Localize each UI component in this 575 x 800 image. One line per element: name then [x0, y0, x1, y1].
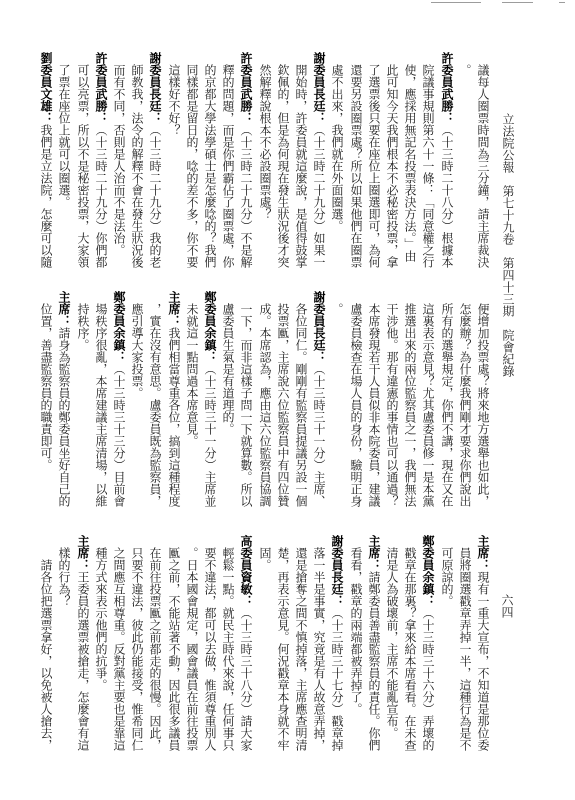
speech-text: 場秩序很亂，本席建議主席清場，以維 [94, 303, 108, 507]
speaker-name: 鄭委員余鎮： [421, 535, 435, 607]
speech-text: 了票在座位上就可以圈選。 [57, 64, 71, 208]
speech-text: 便增加投票處？將來地方選舉也如此， [476, 303, 490, 507]
text-column: 本席發現若干人員似非本院委員，建議 [368, 303, 380, 507]
text-column: 持秩序。 [77, 303, 89, 351]
speech-text: 應引導大家投票。 [130, 303, 144, 399]
text-tier-3: 主席：現有一重大宣布，不知道是那位委 員將圈選戳章弄掉一半，這種行為是不 可原諒… [0, 535, 575, 767]
speech-text: 了選票後只要在座位上圈選即可，為何 [367, 64, 381, 268]
speech-text: 可以亮票，所以不是秘密投票，大家領 [76, 64, 90, 268]
speech-text: 使，應採用無記名投票表決方法。」由 [403, 64, 417, 262]
speech-text: 這樣好不好？ [167, 64, 181, 136]
speech-text: 所有的選舉規定，你們不講，現在又在 [440, 303, 454, 507]
text-column: 便增加投票處？將來地方選舉也如此， [477, 303, 489, 507]
text-column: 謝委員長廷：（十三時三十一分）主席、 [313, 291, 325, 507]
text-column: 落一半是事實，究竟是有人故意弄掉， [313, 547, 325, 751]
text-column: 一下，而非這樣子問一下就算數。所以 [240, 303, 252, 507]
text-tier-1: 議每人圈票時間為三分鐘，請主席裁決 。 許委員武勝：（十三時二十八分）根據本 院… [0, 52, 575, 284]
speech-text: 釋的問題，而是你們霸佔了圈票處，你 [221, 64, 235, 268]
text-column: 謝委員長廷：（十三時三十七分）戳章掉 [331, 535, 343, 751]
text-column: 主席：王委員的選票被搶走，怎麼會有這 [77, 535, 89, 751]
speech-text: （十三時三十八分）請大家 [239, 607, 253, 751]
text-column: 投票匭，主席說六位監察員中有四位贊 [277, 303, 289, 507]
speech-text: 師教我，法令的解釋不會在發生狀況後 [130, 64, 144, 268]
text-column: 固。 [259, 547, 271, 571]
speech-text: 成。本席認為，應由這六位監察員協調 [258, 303, 272, 507]
gazette-page: 立法院公報 第七十九卷 第四十三期 院會紀錄 六四 議每人圈票時間為三分鐘，請主… [0, 0, 575, 800]
speech-text: 干涉他。那有違憲的事情也可以通過？ [385, 303, 399, 507]
speech-text: 在前往投票匭之前都走的很慢。因此， [148, 547, 162, 751]
text-column: 然解釋說根本不必設圈票處？ [259, 64, 271, 220]
text-column: 推選出來的兩位監察員之一，我們無法 [404, 303, 416, 507]
text-column: 鄭委員余鎮：（十三時三十三分）目前會 [113, 291, 125, 507]
text-column: 戳章在那裏？拿來給本席看看。在未查 [404, 547, 416, 751]
speaker-name: 主席： [57, 291, 71, 327]
text-column: 釋的問題，而是你們霸佔了圈票處，你 [222, 64, 234, 268]
speech-text: （十三時二十八分）根據本 [440, 124, 454, 268]
text-column: 謝委員長廷：（十三時二十九分）如果一 [313, 52, 325, 268]
speech-text: 我們是立法院，怎麼可以隨 [39, 124, 53, 268]
speech-text: 推選出來的兩位監察員之一，我們無法 [403, 303, 417, 507]
speech-text: 王委員的選票被搶走，怎麼會有這 [76, 571, 90, 751]
speech-text: 輕鬆一點。就民主時代來說，任何事只 [221, 547, 235, 751]
text-column: 劉委員文雄：我們是立法院，怎麼可以隨 [40, 52, 52, 268]
speech-text: 一下，而非這樣子問一下就算數。所以 [239, 303, 253, 507]
speech-text: 各位同仁。剛剛有監察員提議另設一個 [294, 303, 308, 507]
text-column: 請各位把選票拿好，以免被人搶去， [40, 559, 52, 751]
text-column: 院議事規則第六十一條：「同意權之行 [422, 64, 434, 268]
speech-text: 匭之前，不能站著不動，因此很多議員 [167, 547, 181, 751]
speech-text: 這裏表示意見？尤其盧委員修一是本黨 [421, 303, 435, 507]
text-column: 種方式來表示他們的抗爭。 [95, 547, 107, 691]
speech-text: 投票匭，主席說六位監察員中有四位贊 [276, 303, 290, 507]
text-column: 未就這一點問過本席意見。 [186, 303, 198, 447]
text-column: 這裏表示意見？尤其盧委員修一是本黨 [422, 303, 434, 507]
text-column: 許委員武勝：（十三時二十八分）根據本 [441, 52, 453, 268]
speech-text: 的京都大學法學碩士是怎麼唸的？我們 [203, 64, 217, 268]
text-column: 欽佩的，但是為何現在發生狀況後才突 [277, 64, 289, 268]
speech-text: 之間應互相尊重。反對黨主要也是靠這 [112, 547, 126, 751]
speech-text: 處不出來，我們就在外面圈選。 [330, 64, 344, 232]
text-column: 處不出來，我們就在外面圈選。 [331, 64, 343, 232]
speaker-name: 謝委員長廷： [312, 52, 326, 124]
speaker-name: 許委員武勝： [239, 52, 253, 124]
text-column: 許委員武勝：（十三時二十九分）不是解 [240, 52, 252, 268]
text-column: 只要不違法，彼此仍能接受，惟希同仁 [131, 547, 143, 751]
text-column: 位置，善盡監察員的職責即可。 [40, 303, 52, 471]
text-column: 盧委員生氣是有道理的。 [222, 303, 234, 435]
speech-text: 位置，善盡監察員的職責即可。 [39, 303, 53, 471]
text-column: 各位同仁。剛剛有監察員提議另設一個 [295, 303, 307, 507]
text-column: 還要另設圈票處？所以如果他們在圈票 [350, 64, 362, 268]
speech-text: 持秩序。 [76, 303, 90, 351]
scan-edge-line [559, 2, 565, 3]
speech-text: 此可知今天我們根本不必秘密投票，拿 [385, 64, 399, 268]
text-column: ，實在沒有意思。盧委員既為監察員， [149, 303, 161, 507]
text-column: 主席：現有一重大宣布，不知道是那位委 [477, 535, 489, 751]
speech-text: 要不違法，都可以去做，惟須尊重別人 [203, 547, 217, 751]
speech-text: 種方式來表示他們的抗爭。 [94, 547, 108, 691]
text-column: 怎麼辦？為什麼我們剛才要求你們說出 [459, 303, 471, 507]
speech-text: （十三時三十六分）弄壞的 [421, 607, 435, 751]
text-column: 輕鬆一點。就民主時代來說，任何事只 [222, 547, 234, 751]
speech-text: 現有一重大宣布，不知道是那位委 [476, 571, 490, 751]
speech-text: 盧委員生氣是有道理的。 [221, 303, 235, 435]
text-column: 樣的行為？ [58, 547, 70, 607]
text-column: 而有不同，否則是人治而不是法治。 [113, 64, 125, 256]
text-column: 清是人為破壞前，主席不能亂宣布。 [386, 547, 398, 739]
text-column: 議每人圈票時間為三分鐘，請主席裁決 [477, 64, 489, 268]
speech-text: 固。 [258, 547, 272, 571]
speaker-name: 謝委員長廷： [312, 291, 326, 363]
speech-text: 請各位把選票拿好，以免被人搶去， [39, 559, 53, 751]
speech-text: 還要另設圈票處？所以如果他們在圈票 [349, 64, 363, 268]
text-column: 可原諒的。 [441, 547, 453, 607]
speech-text: 。 [458, 64, 472, 76]
speaker-name: 謝委員長廷： [148, 52, 162, 124]
speech-text: （十三時三十一分）主席並 [203, 363, 217, 507]
speaker-name: 主席： [367, 535, 381, 571]
text-column: 楚，再表示意見。何況戳章本身就不牢 [277, 547, 289, 751]
text-column: 高委員資敏：（十三時三十八分）請大家 [240, 535, 252, 751]
speech-text: 怎麼辦？為什麼我們剛才要求你們說出 [458, 303, 472, 507]
speech-text: 楚，再表示意見。何況戳章本身就不牢 [276, 547, 290, 751]
text-column: 師教我，法令的解釋不會在發生狀況後 [131, 64, 143, 268]
speech-text: 。 [330, 303, 344, 315]
speech-text: 盧委員檢查在場人員的身份，驗明正身 [349, 303, 363, 507]
text-column: 許委員武勝：（十三時二十九分）你們都 [95, 52, 107, 268]
speaker-name: 許委員武勝： [94, 52, 108, 124]
speech-text: 開始時，許委員就這麼說，是值得鼓掌 [294, 64, 308, 268]
text-tier-2: 便增加投票處？將來地方選舉也如此， 怎麼辦？為什麼我們剛才要求你們說出 所有的選… [0, 291, 575, 523]
speech-text: 欽佩的，但是為何現在發生狀況後才突 [276, 64, 290, 268]
text-column: 場秩序很亂，本席建議主席清場，以維 [95, 303, 107, 507]
speaker-name: 鄭委員余鎮： [112, 291, 126, 363]
text-column: 鄭委員余鎮：（十三時三十一分）主席並 [204, 291, 216, 507]
scan-edge-line [502, 2, 533, 3]
speech-text: 議每人圈票時間為三分鐘，請主席裁決 [476, 64, 490, 268]
speech-text: 戳章在那裏？拿來給本席看看。在未查 [403, 547, 417, 751]
text-column: 可以亮票，所以不是秘密投票，大家領 [77, 64, 89, 268]
speech-text: （十三時二十九分）你們都 [94, 124, 108, 268]
text-column: 還是搶奪之間不慎掉落，主席應查明清 [295, 547, 307, 751]
text-column: 在前往投票匭之前都走的很慢。因此， [149, 547, 161, 751]
speech-text: （十三時三十七分）戳章掉 [330, 607, 344, 751]
speech-text: 樣的行為？ [57, 547, 71, 607]
speech-text: 清是人為破壞前，主席不能亂宣布。 [385, 547, 399, 739]
text-column: 匭之前，不能站著不動，因此很多議員 [168, 547, 180, 751]
text-column: 謝委員長廷：（十三時二十九分）我的老 [149, 52, 161, 268]
speech-text: 同樣都是留日的，唸的差不多，你不要 [185, 64, 199, 268]
speech-text: 可原諒的。 [440, 547, 454, 607]
text-column: 。日本國會規定，國會議員在前往投票 [186, 547, 198, 751]
speech-text: 看看，戳章的兩端都被弄掉了。 [349, 547, 363, 715]
text-column: 使，應採用無記名投票表決方法。」由 [404, 64, 416, 262]
text-column: 干涉他。那有違憲的事情也可以通過？ [386, 303, 398, 507]
speaker-name: 謝委員長廷： [330, 535, 344, 607]
speech-text: （十三時三十三分）目前會 [112, 363, 126, 507]
speech-text: 。日本國會規定，國會議員在前往投票 [185, 547, 199, 751]
text-column: 同樣都是留日的，唸的差不多，你不要 [186, 64, 198, 268]
text-column: 鄭委員余鎮：（十三時三十六分）弄壞的 [422, 535, 434, 751]
speech-text: 我們相當尊重各位，搞到這種程度 [167, 327, 181, 507]
text-column: 。 [459, 64, 471, 76]
text-column: 了票在座位上就可以圈選。 [58, 64, 70, 208]
speaker-name: 許委員武勝： [440, 52, 454, 124]
speaker-name: 鄭委員余鎮： [203, 291, 217, 363]
speech-text: 未就這一點問過本席意見。 [185, 303, 199, 447]
text-column: 主席：我們相當尊重各位，搞到這種程度 [168, 291, 180, 507]
text-column: 應引導大家投票。 [131, 303, 143, 399]
speech-text: （十三時二十九分）我的老 [148, 124, 162, 268]
text-column: 開始時，許委員就這麼說，是值得鼓掌 [295, 64, 307, 268]
speech-text: 還是搶奪之間不慎掉落，主席應查明清 [294, 547, 308, 751]
speech-text: 請身為監察員的鄭委員坐好自己的 [57, 327, 71, 507]
speech-text: 而有不同，否則是人治而不是法治。 [112, 64, 126, 256]
speech-text: ，實在沒有意思。盧委員既為監察員， [148, 303, 162, 507]
speaker-name: 主席： [167, 291, 181, 327]
text-column: 之間應互相尊重。反對黨主要也是靠這 [113, 547, 125, 751]
text-column: 看看，戳章的兩端都被弄掉了。 [350, 547, 362, 715]
speaker-name: 劉委員文雄： [39, 52, 53, 124]
speaker-name: 高委員資敏： [239, 535, 253, 607]
speaker-name: 主席： [476, 535, 490, 571]
speech-text: 落一半是事實，究竟是有人故意弄掉， [312, 547, 326, 751]
speech-text: 員將圈選戳章弄掉一半，這種行為是不 [458, 547, 472, 751]
text-column: 。 [331, 303, 343, 315]
text-column: 要不違法，都可以去做，惟須尊重別人 [204, 547, 216, 751]
speech-text: 本席發現若干人員似非本院委員，建議 [367, 303, 381, 507]
text-column: 了選票後只要在座位上圈選即可，為何 [368, 64, 380, 268]
speech-text: 院議事規則第六十一條：「同意權之行 [421, 64, 435, 268]
text-column: 成。本席認為，應由這六位監察員協調 [259, 303, 271, 507]
text-column: 此可知今天我們根本不必秘密投票，拿 [386, 64, 398, 268]
text-column: 員將圈選戳章弄掉一半，這種行為是不 [459, 547, 471, 751]
speech-text: 然解釋說根本不必設圈票處？ [258, 64, 272, 220]
text-column: 所有的選舉規定，你們不講，現在又在 [441, 303, 453, 507]
text-column: 的京都大學法學碩士是怎麼唸的？我們 [204, 64, 216, 268]
text-column: 主席：請身為監察員的鄭委員坐好自己的 [58, 291, 70, 507]
speaker-name: 主席： [76, 535, 90, 571]
speech-text: （十三時二十九分）如果一 [312, 124, 326, 268]
speech-text: 請鄭委員善盡監察員的責任。你們 [367, 571, 381, 751]
speech-text: 只要不違法，彼此仍能接受，惟希同仁 [130, 547, 144, 751]
text-column: 主席：請鄭委員善盡監察員的責任。你們 [368, 535, 380, 751]
scan-edge-line [431, 2, 481, 3]
speech-text: （十三時二十九分）不是解 [239, 124, 253, 268]
text-column: 盧委員檢查在場人員的身份，驗明正身 [350, 303, 362, 507]
text-column: 這樣好不好？ [168, 64, 180, 136]
speech-text: （十三時三十一分）主席、 [312, 363, 326, 507]
